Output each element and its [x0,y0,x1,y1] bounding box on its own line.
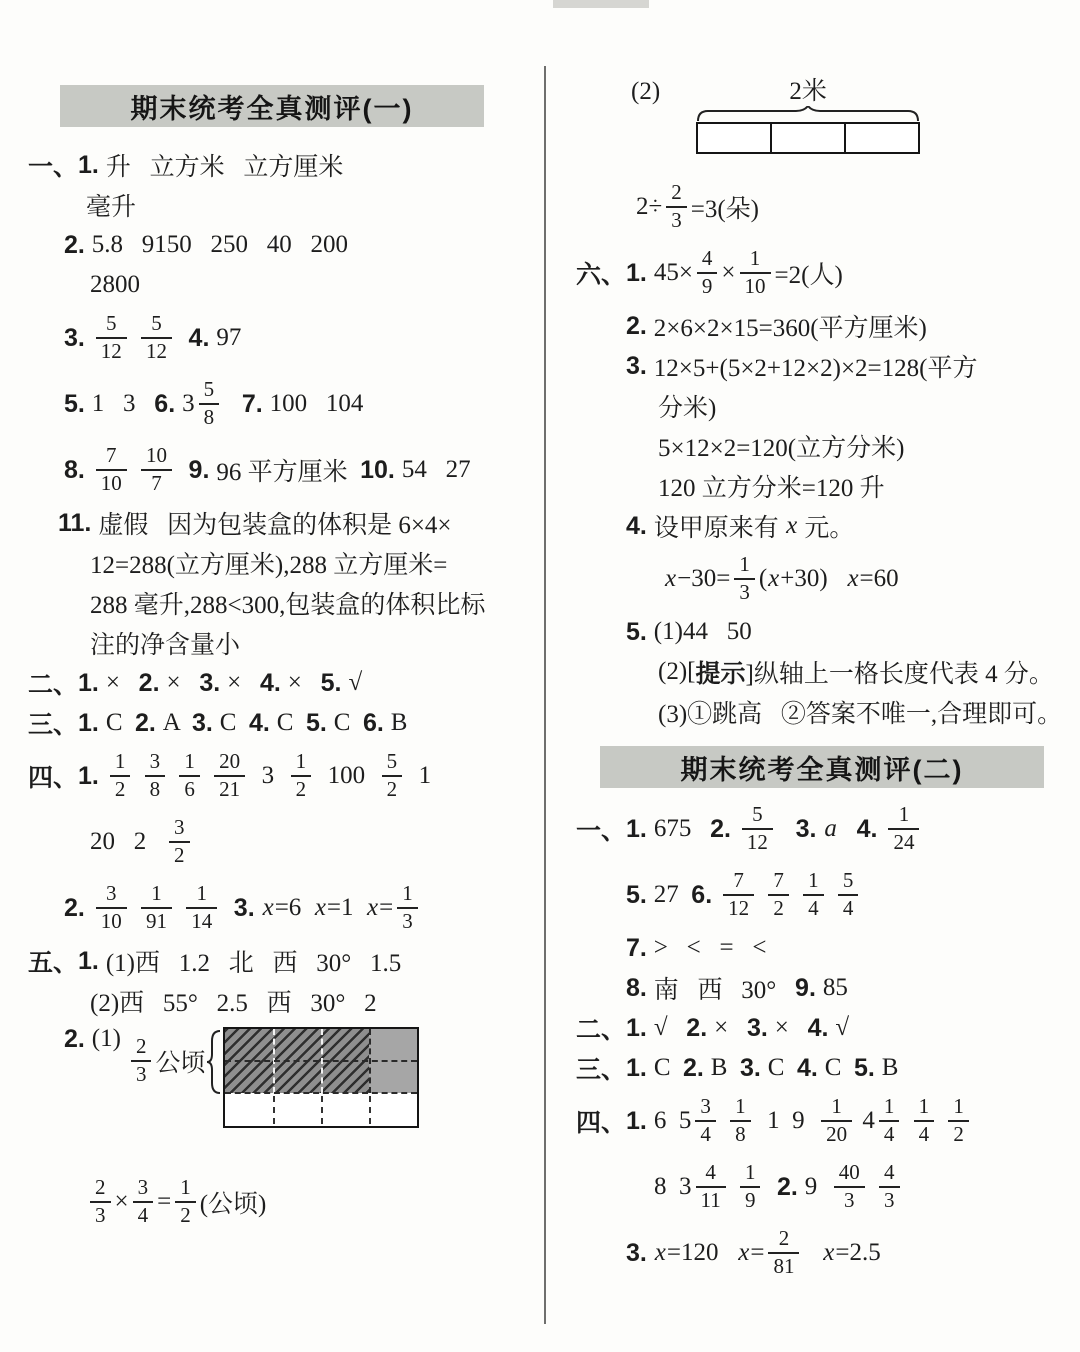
answer-text [764,1173,777,1201]
variable: x [664,565,677,593]
answer-line: 4. 设甲原来有 x 元。 [576,506,1072,546]
variable: x [262,894,275,922]
answer-line: 六、1. 45×49×110=2(人) [576,240,1072,306]
answer-text: −30= [677,565,730,593]
answer-line: (3)①跳高 ②答案不唯一,合理即可。 [576,692,1072,732]
left-brace-icon [205,1029,223,1095]
answer-text: 注的净含量小 [90,625,240,661]
answer-text: 85 [823,974,848,1002]
dashed-line [225,1092,417,1094]
answer-line: 3. x=120 x=281 x=2.5 [576,1220,1072,1286]
answer-text: B [882,1054,899,1082]
answer-text: 2÷ [636,193,662,221]
question-number: 8. [626,974,654,1003]
answer-text: × [115,1188,129,1216]
left-answer-lines: 一、1. 升 立方米 立方厘米毫升2. 5.8 9150 250 40 2002… [28,145,538,1235]
fraction: 512 [92,312,131,363]
fraction: 414 [862,1095,903,1146]
answer-text: A [163,709,192,737]
question-number: 2. [683,1054,711,1083]
answer-line: 3. 512 512 4. 97 [28,305,538,371]
fraction: 512 [137,312,176,363]
right-answer-lines-a: (2) 2米 2÷23=3(朵)六、1. 45×49×110=2(人)2. 2×… [576,74,1072,732]
answer-text: 升 立方米 立方厘米 [106,147,344,183]
answer-line: 5×12×2=120(立方分米) [576,426,1072,466]
answer-text: 5.8 9150 250 40 200 [92,231,348,259]
answer-text: × [775,1014,808,1042]
fraction: 18 [726,1095,755,1146]
fraction: 23 [86,1176,115,1227]
fraction: 16 [175,750,204,801]
answer-text: 54 27 [402,456,471,484]
answer-text: 9 [805,1173,830,1201]
answer-text: C [220,709,249,737]
answer-text: 97 [216,324,241,352]
answer-text: ]纵轴上一格长度代表 4 分。 [746,654,1054,690]
answer-text: 2800 [90,271,140,299]
answer-line: 二、1. × 2. × 3. × 4. × 5. √ [28,663,538,703]
answer-text [838,815,857,843]
answer-text: × [288,669,321,697]
question-number: 1. [78,669,106,698]
answer-text: 20 2 [90,828,165,856]
fraction: 114 [182,882,221,933]
answer-line: 三、1. C 2. A 3. C 4. C 5. C 6. B [28,703,538,743]
answer-text: 288 毫升,288<300,包装盒的体积比标 [90,585,485,621]
answer-text: × [714,1014,747,1042]
question-number: 一、 [28,147,78,183]
question-number: 六、 [576,255,626,291]
question-number: 二、 [576,1010,626,1046]
question-number: 三、 [28,705,78,741]
fraction: 120 [817,1095,856,1146]
question-number: 提示 [695,654,745,690]
answer-text: =6 [275,894,314,922]
fraction: 310 [92,882,131,933]
variable: x [846,565,859,593]
question-number: 7. [242,390,270,419]
answer-text: 毫升 [86,187,136,223]
answer-text: =60 [860,565,899,593]
question-number: 三、 [576,1050,626,1086]
answer-text: C [106,709,135,737]
question-number: 2. [135,709,163,738]
question-number: 5. [626,881,654,910]
answer-text: × [106,669,139,697]
answer-text: B [711,1054,740,1082]
question-number: 4. [189,324,217,353]
answer-text: 675 [654,815,710,843]
section-title-text: 期末统考全真测评(一) [131,87,414,126]
variable: a [823,815,838,843]
question-number: 2. [139,669,167,698]
question-number: 4. [808,1014,836,1043]
answer-line: 12=288(立方厘米),288 立方厘米= [28,543,538,583]
answer-text: 5×12×2=120(立方分米) [658,428,904,464]
question-number: 2. [64,894,92,923]
question-number: 2. [64,1025,92,1054]
answer-text: × [166,669,199,697]
answer-line: 一、1. 升 立方米 立方厘米 [28,145,538,185]
answer-text: (公顷) [200,1184,267,1220]
answer-text: √ [348,669,362,697]
question-number: 3. [234,894,262,923]
question-number: 1. [78,947,106,976]
question-number: 1. [78,151,106,180]
answer-text: 12×5+(5×2+12×2)×2=128(平方 [654,348,978,384]
question-number: 3. [796,815,824,844]
answer-text: 3 [249,762,287,790]
question-number: 4. [857,815,885,844]
flower-bar-diagram: 2米 [696,78,920,154]
section-title-test1: 期末统考全真测评(一) [60,85,484,127]
answer-text: (2)西 55° 2.5 西 30° 2 [90,983,377,1019]
segmented-bar [696,122,920,154]
answer-line: 2. 310 191 114 3. x=6 x=1 x=13 [28,875,538,941]
fraction: 2021 [210,750,249,801]
variable: x [822,1239,835,1267]
question-number: 四、 [28,758,78,794]
fraction: 34 [129,1176,158,1227]
answer-line: 5. (1)44 50 [576,612,1072,652]
question-number: 5. [321,669,349,698]
answer-line: 分米) [576,386,1072,426]
answer-text: = [157,1188,171,1216]
answer-text: C [654,1054,683,1082]
question-number: 2. [686,1014,714,1043]
answer-text: =2.5 [835,1239,880,1267]
section-title-text: 期末统考全真测评(二) [681,748,964,787]
answer-line: (2)西 55° 2.5 西 30° 2 [28,981,538,1021]
fraction: 13 [393,882,422,933]
question-number: 7. [626,934,654,963]
answer-line: (2) 2米 [576,74,1072,174]
dashed-line [321,1096,323,1124]
variable: x [785,512,798,540]
question-number: 1. [626,1107,654,1136]
fraction: 124 [884,803,923,854]
fraction: 191 [137,882,176,933]
bar-length-label: 2米 [789,78,827,106]
question-number: 3. [192,709,220,738]
answer-text: =1 [327,894,366,922]
fraction: 12 [287,750,316,801]
fraction: 72 [764,869,793,920]
cropped-banner-top [553,0,649,8]
answer-line: 23×34=12(公顷) [28,1169,538,1235]
fraction: 710 [92,444,131,495]
answer-line: 2÷23=3(朵) [576,174,1072,240]
question-number: 5. [64,390,92,419]
answer-text: 1 9 [755,1107,818,1135]
question-number: 1. [78,709,106,738]
variable: x [366,894,379,922]
answer-text: √ [835,1014,849,1042]
answer-text [223,390,242,418]
question-number: 1. [626,815,654,844]
answer-text: 120 立方分米=120 升 [658,468,885,504]
answer-line: 五、1. (1)西 1.2 北 西 30° 1.5 [28,941,538,981]
question-number: 5. [854,1054,882,1083]
answer-text: 100 104 [270,390,364,418]
fraction: 52 [378,750,407,801]
whole-number: 3 [679,1173,692,1201]
answer-text: (3)①跳高 ②答案不唯一,合理即可。 [658,694,1062,730]
answer-text: 分米) [658,388,716,424]
question-number: 1. [626,1014,654,1043]
fraction: 14 [799,869,828,920]
dashed-line [225,1060,417,1062]
answer-text: 南 西 30° [654,970,795,1006]
answer-text: C [825,1054,854,1082]
bar-segment [698,124,772,152]
answer-line: 注的净含量小 [28,623,538,663]
answer-line: 2. (1) 2 3 公顷 [28,1021,538,1169]
answer-text: 1 [406,762,431,790]
answer-line: 2800 [28,265,538,305]
fraction: 23 [662,181,691,232]
question-number: 4. [249,709,277,738]
workbook-answer-page: 期末统考全真测评(一) 一、1. 升 立方米 立方厘米毫升2. 5.8 9150… [0,0,1080,1352]
answer-text: ( [759,565,767,593]
answer-line: 120 立方分米=120 升 [576,466,1072,506]
answer-text: 6 [654,1107,679,1135]
question-number: 6. [691,881,719,910]
answer-text: 27 [654,881,692,909]
question-number: 5. [626,618,654,647]
answer-text: 8 [654,1173,679,1201]
question-number: 11. [58,509,98,538]
answer-line: x−30=13(x+30) x=60 [576,546,1072,612]
question-number: 2. [777,1173,805,1202]
answer-line: 毫升 [28,185,538,225]
fraction: 358 [182,378,223,429]
question-number: 五、 [28,943,78,979]
fraction: 712 [719,869,758,920]
question-number: 3. [626,352,654,381]
question-number: 3. [199,669,227,698]
answer-text: +30) [780,565,846,593]
question-number: 10. [360,456,402,485]
right-column: (2) 2米 2÷23=3(朵)六、1. 45×49×110=2(人)2. 2×… [576,66,1072,1286]
question-number: 二、 [28,665,78,701]
question-number: 2. [710,815,738,844]
question-number: 3. [64,324,92,353]
answer-text [803,1239,822,1267]
question-number: 1. [78,762,106,791]
answer-text: C [768,1054,797,1082]
answer-text: B [391,709,408,737]
answer-line: 8. 710 107 9. 96 平方厘米 10. 54 27 [28,437,538,503]
section-title-test2: 期末统考全真测评(二) [600,746,1044,788]
answer-text: 100 [315,762,378,790]
answer-line: 20 2 32 [28,809,538,875]
answer-text: =120 [667,1239,737,1267]
fraction: 38 [141,750,170,801]
fraction: 534 [679,1095,720,1146]
answer-text: C [334,709,363,737]
question-number: 4. [626,512,654,541]
answer-line: 2. 5.8 9150 250 40 200 [28,225,538,265]
fraction: 14 [910,1095,939,1146]
fraction: 12 [171,1176,200,1227]
answer-text: = [750,1239,764,1267]
question-number: 6. [363,709,391,738]
question-number: 4. [260,669,288,698]
answer-line: 3. 12×5+(5×2+12×2)×2=128(平方 [576,346,1072,386]
answer-line: 5. 1 3 6. 358 7. 100 104 [28,371,538,437]
answer-text: C [277,709,306,737]
question-number: 四、 [576,1103,626,1139]
answer-text: =3(朵) [691,189,759,225]
variable: x [314,894,327,922]
fraction: 13 [730,553,759,604]
fraction: 3411 [679,1161,730,1212]
question-number: 2. [626,312,654,341]
answer-line: (2)[提示]纵轴上一格长度代表 4 分。 [576,652,1072,692]
answer-line: 8. 南 西 30° 9. 85 [576,968,1072,1008]
answer-line: 288 毫升,288<300,包装盒的体积比标 [28,583,538,623]
answer-line: 三、1. C 2. B 3. C 4. C 5. B [576,1048,1072,1088]
answer-text: (1)西 1.2 北 西 30° 1.5 [106,943,401,979]
fraction: 110 [736,247,775,298]
left-column: 期末统考全真测评(一) 一、1. 升 立方米 立方厘米毫升2. 5.8 9150… [28,85,538,1235]
question-number: 一、 [576,811,626,847]
question-number: 9. [189,456,217,485]
question-number: 8. [64,456,92,485]
question-number: 3. [747,1014,775,1043]
question-number: 5. [306,709,334,738]
answer-text: × [721,259,735,287]
answer-text: 虚假 因为包装盒的体积是 6×4× [98,505,451,541]
answer-line: 一、1. 675 2. 512 3. a 4. 124 [576,796,1072,862]
top-brace-icon [696,106,920,122]
answer-text: (2)[ [658,658,695,686]
answer-text: =2(人) [775,255,843,291]
answer-text: 1 3 [92,390,155,418]
answer-text: 2×6×2×15=360(平方厘米) [654,308,927,344]
question-number: 2. [64,231,92,260]
answer-text: (1) [92,1025,121,1053]
answer-text [176,456,189,484]
question-number: 1. [626,259,654,288]
question-number: 4. [797,1054,825,1083]
answer-text: √ [654,1014,686,1042]
variable: x [654,1239,667,1267]
answer-line: 7. > < = < [576,928,1072,968]
answer-text: 45× [654,259,693,287]
area-grid [223,1027,419,1128]
answer-text: (1)44 50 [654,618,752,646]
area-model-diagram: 2 3 公顷 [127,1025,420,1128]
answer-text: 12=288(立方厘米),288 立方厘米= [90,545,447,581]
fraction: 49 [693,247,722,298]
fraction: 2 3 [131,1035,152,1086]
dashed-line [369,1096,371,1124]
question-number: 6. [154,390,182,419]
bar-segment [846,124,918,152]
area-unit-label: 公顷 [155,1043,205,1079]
variable: x [737,1239,750,1267]
answer-text: = [379,894,393,922]
bar-segment [772,124,846,152]
answer-line: 四、1. 12 38 16 2021 3 12 100 52 1 [28,743,538,809]
answer-line: 11. 虚假 因为包装盒的体积是 6×4× [28,503,538,543]
answer-line: 二、1. √ 2. × 3. × 4. √ [576,1008,1072,1048]
whole-number: 5 [679,1107,692,1135]
area-diagram-label: 2 3 公顷 [127,1029,206,1093]
answer-text [176,324,189,352]
question-number: 3. [626,1239,654,1268]
whole-number: 4 [862,1107,875,1135]
answer-text: (2) [631,78,660,106]
answer-text: > < = < [654,934,767,962]
answer-line: 2. 2×6×2×15=360(平方厘米) [576,306,1072,346]
fraction: 12 [106,750,135,801]
fraction: 107 [137,444,176,495]
answer-text: 元。 [798,508,854,544]
right-answer-lines-b: 一、1. 675 2. 512 3. a 4. 1245. 27 6. 712 … [576,796,1072,1286]
answer-text [777,815,796,843]
fraction: 43 [875,1161,904,1212]
fraction: 54 [834,869,863,920]
question-number: 9. [795,974,823,1003]
fraction: 512 [738,803,777,854]
answer-line: 四、1. 6 534 18 1 9 120 414 14 12 [576,1088,1072,1154]
answer-text [221,894,234,922]
question-number: 3. [740,1054,768,1083]
fraction: 19 [736,1161,765,1212]
answer-text: 设甲原来有 [654,508,785,544]
variable: x [767,565,780,593]
fraction: 281 [764,1227,803,1278]
answer-line: 5. 27 6. 712 72 14 54 [576,862,1072,928]
answer-text: 96 平方厘米 [216,452,360,488]
question-number: 1. [626,1054,654,1083]
fraction: 403 [830,1161,869,1212]
answer-text: × [227,669,260,697]
fraction: 32 [165,816,194,867]
whole-number: 3 [182,390,195,418]
dashed-line [273,1096,275,1124]
column-divider [544,66,546,1324]
fraction: 12 [944,1095,973,1146]
answer-line: 8 3411 19 2. 9 403 43 [576,1154,1072,1220]
